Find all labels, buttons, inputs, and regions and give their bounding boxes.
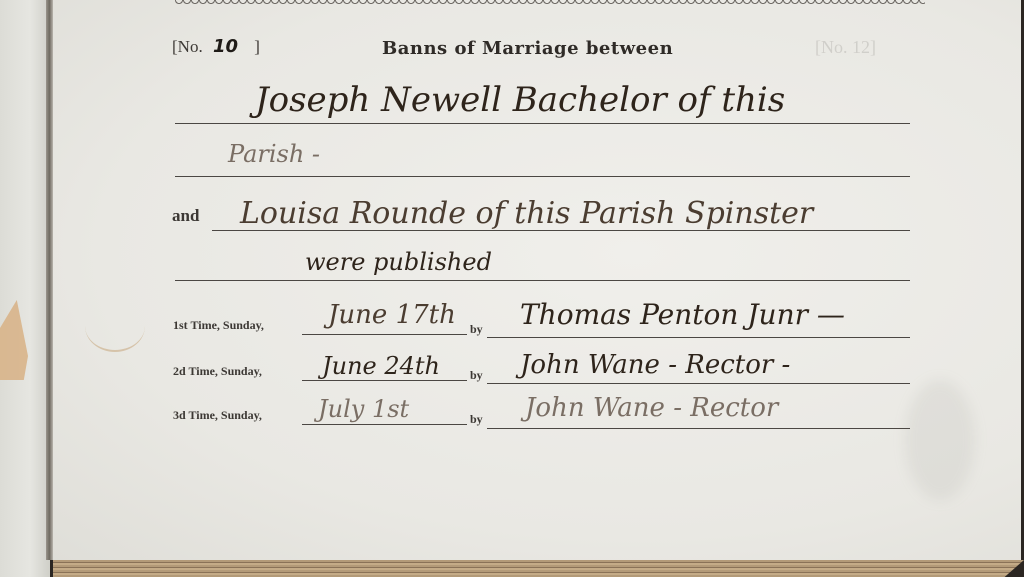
page-title: Banns of Marriage between: [382, 38, 673, 59]
book-gutter: [46, 0, 53, 560]
entry-number-label: [No.: [172, 37, 203, 56]
page-edges: [53, 560, 1024, 577]
left-page: [0, 0, 50, 577]
groom-line-2: Parish -: [228, 140, 320, 168]
bride-line-1: Louisa Rounde of this Parish Spinster: [240, 196, 813, 231]
publication-date: June 17th: [328, 300, 456, 330]
ruled-line: [302, 424, 467, 425]
by-label: by: [470, 322, 483, 337]
bleed-through-text: [No. 12]: [815, 37, 876, 58]
publication-date: June 24th: [322, 352, 440, 380]
entry-number: [No. 10 ]: [172, 36, 260, 57]
ruled-line: [487, 383, 910, 384]
publication-officiant: Thomas Penton Junr —: [520, 298, 845, 331]
ruled-line: [175, 280, 910, 281]
and-label: and: [172, 206, 199, 226]
decorative-wavy-rule: [175, 0, 925, 8]
bride-line-2: were published: [305, 248, 492, 276]
publication-label: 3d Time, Sunday,: [173, 408, 262, 423]
publication-date: July 1st: [318, 395, 409, 423]
ruled-line: [175, 123, 910, 124]
groom-line-1: Joseph Newell Bachelor of this: [255, 80, 785, 120]
ruled-line: [302, 334, 467, 335]
publication-officiant: John Wane - Rector -: [520, 350, 790, 380]
publication-officiant: John Wane - Rector: [525, 393, 778, 423]
ruled-line: [487, 428, 910, 429]
by-label: by: [470, 412, 483, 427]
entry-number-value: 10: [213, 36, 238, 57]
ruled-line: [175, 176, 910, 177]
ruled-line: [487, 337, 910, 338]
entry-number-close: ]: [254, 37, 260, 56]
ruled-line: [302, 380, 467, 381]
publication-label: 1st Time, Sunday,: [173, 318, 264, 333]
by-label: by: [470, 368, 483, 383]
publication-label: 2d Time, Sunday,: [173, 364, 262, 379]
